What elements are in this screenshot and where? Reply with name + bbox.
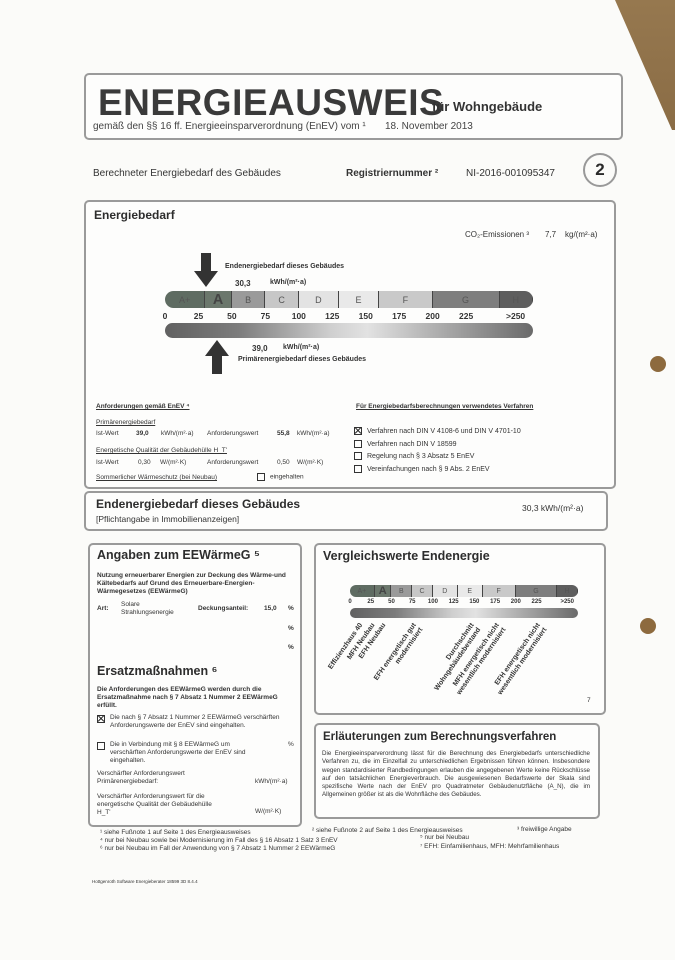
checkbox-icon [354,452,362,460]
primary-energy-unit: kWh/(m²·a) [283,344,319,351]
punch-hole [650,356,666,372]
footnote-7: ⁷ EFH: Einfamilienhaus, MFH: Mehrfamilie… [420,843,559,850]
primary-energy-value: 39,0 [252,344,268,353]
software-credit: Hottgenroth Software Energieberater 1859… [92,879,198,884]
footnote-2: ² siehe Fußnote 2 auf Seite 1 des Energi… [312,827,463,834]
requirements-title: Anforderungen gemäß EnEV ⁴ [96,403,190,410]
end-energy-label: Endenergiebedarf dieses Gebäudes [225,263,344,270]
scale-tick: 200 [511,599,521,605]
checked-box-icon [97,715,105,723]
energy-class-d: D [299,291,339,308]
scale-tick: 150 [359,311,373,321]
end-energy-value: 30,3 [235,279,251,288]
primary-energy-gradient [165,323,533,338]
energiebedarf-box [84,200,616,489]
scale-tick: 175 [490,599,500,605]
energy-class-h: H [500,291,533,308]
coverage-percent-3: % [288,644,294,651]
document-title: ENERGIEAUSWEIS [98,82,444,124]
scale-tick: 125 [449,599,459,605]
footnote-3: ³ freiwillige Angabe [517,826,572,833]
end-energy-summary-title: Endenergiebedarf dieses Gebäudes [96,497,300,511]
footnote-1: ¹ siehe Fußnote 1 auf Seite 1 des Energi… [100,829,251,836]
req2-unit: W/(m²·K) [255,808,281,815]
ersatz-option-2-label: Die in Verbindung mit § 8 EEWärmeG um ve… [110,741,257,765]
energy-class-a: A [375,585,392,597]
eewaermeg-intro: Nutzung erneuerbarer Energien zur Deckun… [97,572,287,596]
footnote-6: ⁶ nur bei Neubau im Fall der Anwendung v… [100,845,335,852]
scale-tick: 50 [388,599,395,605]
hull-anf-label: Anforderungswert [207,459,258,466]
art-value: Solare Strahlungsenergie [121,601,181,617]
primary-energy-label: Primärenergiebedarf dieses Gebäudes [238,356,366,363]
comparison-footnote-mark: 7 [587,697,591,704]
scale-tick: 75 [261,311,270,321]
hull-anf-unit: W/(m²·K) [297,459,323,466]
scale-tick: 200 [426,311,440,321]
law-reference: gemäß den §§ 16 ff. Energieeinsparverord… [93,121,366,132]
checked-box-icon [354,427,362,435]
scale-tick: 0 [163,311,168,321]
req1-unit: kWh/(m²·a) [255,778,288,785]
summer-protection-label: Sommerlicher Wärmeschutz (bei Neubau) [96,474,217,481]
co2-unit: kg/(m²·a) [565,230,597,239]
ersatz-percent: % [288,741,294,748]
explanation-text: Die Energieeinsparverordnung lässt für d… [322,750,590,800]
method-option[interactable]: Verfahren nach DIN V 4108-6 und DIN V 47… [354,427,521,435]
energy-class-a-plus: A+ [165,291,205,308]
scale-tick: 100 [292,311,306,321]
primary-anf-value: 55,8 [277,430,290,437]
method-option[interactable]: Vereinfachungen nach § 9 Abs. 2 EnEV [354,465,521,473]
hull-anf-value: 0,50 [277,459,290,466]
req1-label: Verschärfter Anforderungswert Primärener… [97,770,217,786]
end-energy-arrow-icon [194,253,218,287]
eewaermeg-title: Angaben zum EEWärmeG ⁵ [97,548,260,562]
checkbox-icon [354,440,362,448]
page-number-badge: 2 [583,153,617,187]
footnote-5: ⁵ nur bei Neubau [420,834,469,841]
summer-protection-checkbox[interactable]: eingehalten [257,473,304,481]
hull-ist-value: 0,30 [138,459,151,466]
checkbox-icon [97,742,105,750]
primary-anf-unit: kWh/(m²·a) [297,430,330,437]
primary-ist-value: 39,0 [136,430,149,437]
coverage-percent-2: % [288,625,294,632]
req2-label: Verschärfter Anforderungswert für die en… [97,793,217,817]
comparison-gradient [350,608,578,618]
energy-class-b: B [391,585,412,597]
comparison-class-scale: A+ABCDEFGH [350,585,578,597]
scale-tick: 25 [367,599,374,605]
document-subtitle: für Wohngebäude [432,99,542,114]
punch-hole [640,618,656,634]
summer-check-label: eingehalten [270,474,304,481]
scale-tick: 75 [409,599,416,605]
scale-tick: 0 [348,599,351,605]
section-label: Berechneter Energiebedarf des Gebäudes [93,168,281,179]
comparison-scale-ticks: 0255075100125150175200225>250 [350,599,578,607]
checkbox-icon [257,473,265,481]
scale-tick: 25 [194,311,203,321]
co2-value: 7,7 [545,230,556,239]
ersatz-title: Ersatzmaßnahmen ⁶ [97,664,217,678]
energy-class-f: F [483,585,516,597]
method-option[interactable]: Regelung nach § 3 Absatz 5 EnEV [354,452,521,460]
ersatz-option-1[interactable]: Die nach § 7 Absatz 1 Nummer 2 EEWärmeG … [97,714,287,730]
scale-tick: 50 [227,311,236,321]
scale-tick: >250 [506,311,525,321]
footnote-4: ⁴ nur bei Neubau sowie bei Modernisierun… [100,837,338,844]
art-label: Art: [97,605,109,612]
method-option-label: Verfahren nach DIN V 4108-6 und DIN V 47… [367,428,521,435]
energy-class-d: D [433,585,458,597]
scale-tick: 225 [459,311,473,321]
scale-tick: 225 [532,599,542,605]
scale-tick: 125 [325,311,339,321]
end-energy-summary-value: 30,3 kWh/(m²·a) [522,503,583,513]
energiebedarf-title: Energiebedarf [94,208,175,222]
energy-class-scale: A+ABCDEFGH [165,291,533,308]
method-option-label: Verfahren nach DIN V 18599 [367,440,457,447]
energy-class-a-plus: A+ [350,585,375,597]
coverage-value: 15,0 [264,605,277,612]
method-option[interactable]: Verfahren nach DIN V 18599 [354,440,521,448]
energy-class-h: H [557,585,578,597]
method-title: Für Energiebedarfsberechnungen verwendet… [356,403,533,410]
registration-label: Registriernummer ² [346,168,438,179]
end-energy-unit: kWh/(m²·a) [270,279,306,286]
energy-class-f: F [379,291,433,308]
checkbox-icon [354,465,362,473]
coverage-percent: % [288,605,294,612]
energy-class-g: G [516,585,557,597]
scale-tick: 175 [392,311,406,321]
scale-tick: 100 [428,599,438,605]
end-energy-summary-note: [Pflichtangabe in Immobilienanzeigen] [96,514,239,524]
hull-ist-unit: W/(m²·K) [160,459,186,466]
energy-class-c: C [412,585,433,597]
scale-tick: 150 [469,599,479,605]
co2-label: CO₂-Emissionen ³ [465,230,529,239]
energy-class-g: G [433,291,500,308]
hull-heading: Energetische Qualität der Gebäudehülle H… [96,447,227,454]
scale-tick: >250 [560,599,574,605]
primary-ist-label: Ist-Wert [96,430,119,437]
comparison-title: Vergleichswerte Endenergie [323,549,490,563]
ersatz-intro: Die Anforderungen des EEWärmeG werden du… [97,686,287,710]
energy-class-e: E [339,291,379,308]
energy-class-e: E [458,585,483,597]
primary-ist-unit: kWh/(m²·a) [161,430,194,437]
primary-heading: Primärenergiebedarf [96,419,155,426]
primary-energy-arrow-icon [205,340,229,374]
registration-number: NI-2016-001095347 [466,168,555,179]
energy-class-c: C [265,291,298,308]
energy-scale-ticks: 0255075100125150175200225>250 [165,311,533,321]
law-date: 18. November 2013 [385,121,473,132]
explanation-title: Erläuterungen zum Berechnungsverfahren [323,731,556,743]
coverage-label: Deckungsanteil: [198,605,248,612]
method-option-label: Vereinfachungen nach § 9 Abs. 2 EnEV [367,465,490,472]
method-option-label: Regelung nach § 3 Absatz 5 EnEV [367,453,474,460]
primary-anf-label: Anforderungswert [207,430,258,437]
ersatz-option-2[interactable]: Die in Verbindung mit § 8 EEWärmeG um ve… [97,741,257,765]
energy-class-b: B [232,291,265,308]
energy-class-a: A [205,291,232,308]
hull-ist-label: Ist-Wert [96,459,119,466]
ersatz-option-1-label: Die nach § 7 Absatz 1 Nummer 2 EEWärmeG … [110,714,287,730]
method-options: Verfahren nach DIN V 4108-6 und DIN V 47… [354,427,521,477]
